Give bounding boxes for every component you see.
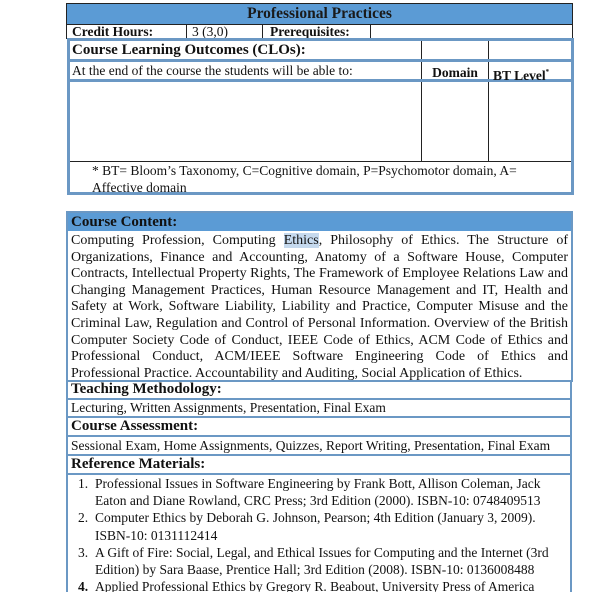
domain-column-header: Domain bbox=[422, 64, 488, 81]
course-details-section: Teaching Methodology: Lecturing, Written… bbox=[66, 381, 572, 592]
reference-item: 2.Computer Ethics by Deborah G. Johnson,… bbox=[68, 509, 570, 543]
reference-materials-heading: Reference Materials: bbox=[68, 456, 570, 475]
credit-hours-row: Credit Hours: 3 (3,0) Prerequisites: bbox=[67, 24, 572, 39]
course-content-section: Course Content: Computing Profession, Co… bbox=[66, 211, 573, 382]
clo-heading: Course Learning Outcomes (CLOs): bbox=[72, 41, 306, 59]
course-assessment-heading: Course Assessment: bbox=[68, 418, 570, 437]
reference-text: Applied Professional Ethics by Gregory R… bbox=[95, 579, 534, 592]
clo-table: Course Learning Outcomes (CLOs): At the … bbox=[67, 38, 574, 195]
bt-footnote: * BT= Bloom’s Taxonomy, C=Cognitive doma… bbox=[92, 162, 543, 196]
clo-footnote-row: * BT= Bloom’s Taxonomy, C=Cognitive doma… bbox=[70, 162, 571, 196]
reference-list: 1.Professional Issues in Software Engine… bbox=[68, 475, 570, 592]
column-divider bbox=[421, 41, 422, 59]
highlighted-word[interactable]: Ethics bbox=[284, 233, 319, 248]
course-info-table: Professional Practices Credit Hours: 3 (… bbox=[66, 3, 573, 39]
course-content-heading: Course Content: bbox=[68, 213, 571, 231]
prerequisites-value bbox=[371, 24, 572, 39]
clo-body-row bbox=[70, 82, 571, 162]
reference-text: Computer Ethics by Deborah G. Johnson, P… bbox=[95, 510, 536, 542]
content-text-part: , Philosophy of Ethics. The Structure of… bbox=[71, 233, 568, 381]
teaching-methodology-value: Lecturing, Written Assignments, Presenta… bbox=[68, 400, 570, 418]
reference-number: 4. bbox=[78, 578, 88, 592]
reference-number: 3. bbox=[78, 544, 88, 561]
clo-header-row: Course Learning Outcomes (CLOs): bbox=[70, 41, 571, 62]
bt-level-text: BT Level bbox=[493, 68, 546, 83]
clo-subheader-row: At the end of the course the students wi… bbox=[70, 62, 571, 82]
bt-level-column-header: BT Level* bbox=[489, 64, 571, 84]
column-divider bbox=[488, 41, 489, 59]
column-divider bbox=[421, 82, 422, 161]
reference-item: 3.A Gift of Fire: Social, Legal, and Eth… bbox=[68, 544, 570, 578]
course-content-text: Computing Profession, Computing Ethics, … bbox=[71, 233, 568, 382]
reference-item: 4.Applied Professional Ethics by Gregory… bbox=[68, 578, 570, 592]
footnote-marker: * bbox=[546, 68, 550, 76]
prerequisites-label: Prerequisites: bbox=[263, 24, 371, 39]
credit-hours-value: 3 (3,0) bbox=[187, 24, 263, 39]
reference-item: 1.Professional Issues in Software Engine… bbox=[68, 475, 570, 509]
column-divider bbox=[488, 82, 489, 161]
reference-number: 2. bbox=[78, 509, 88, 526]
course-title: Professional Practices bbox=[67, 4, 572, 25]
teaching-methodology-heading: Teaching Methodology: bbox=[68, 381, 570, 400]
credit-hours-label: Credit Hours: bbox=[67, 24, 187, 39]
reference-number: 1. bbox=[78, 475, 88, 492]
content-text-part: Computing Profession, Computing bbox=[71, 233, 284, 248]
course-assessment-value: Sessional Exam, Home Assignments, Quizze… bbox=[68, 437, 570, 456]
reference-text: A Gift of Fire: Social, Legal, and Ethic… bbox=[95, 545, 549, 577]
reference-text: Professional Issues in Software Engineer… bbox=[95, 476, 540, 508]
clo-intro: At the end of the course the students wi… bbox=[72, 62, 353, 79]
